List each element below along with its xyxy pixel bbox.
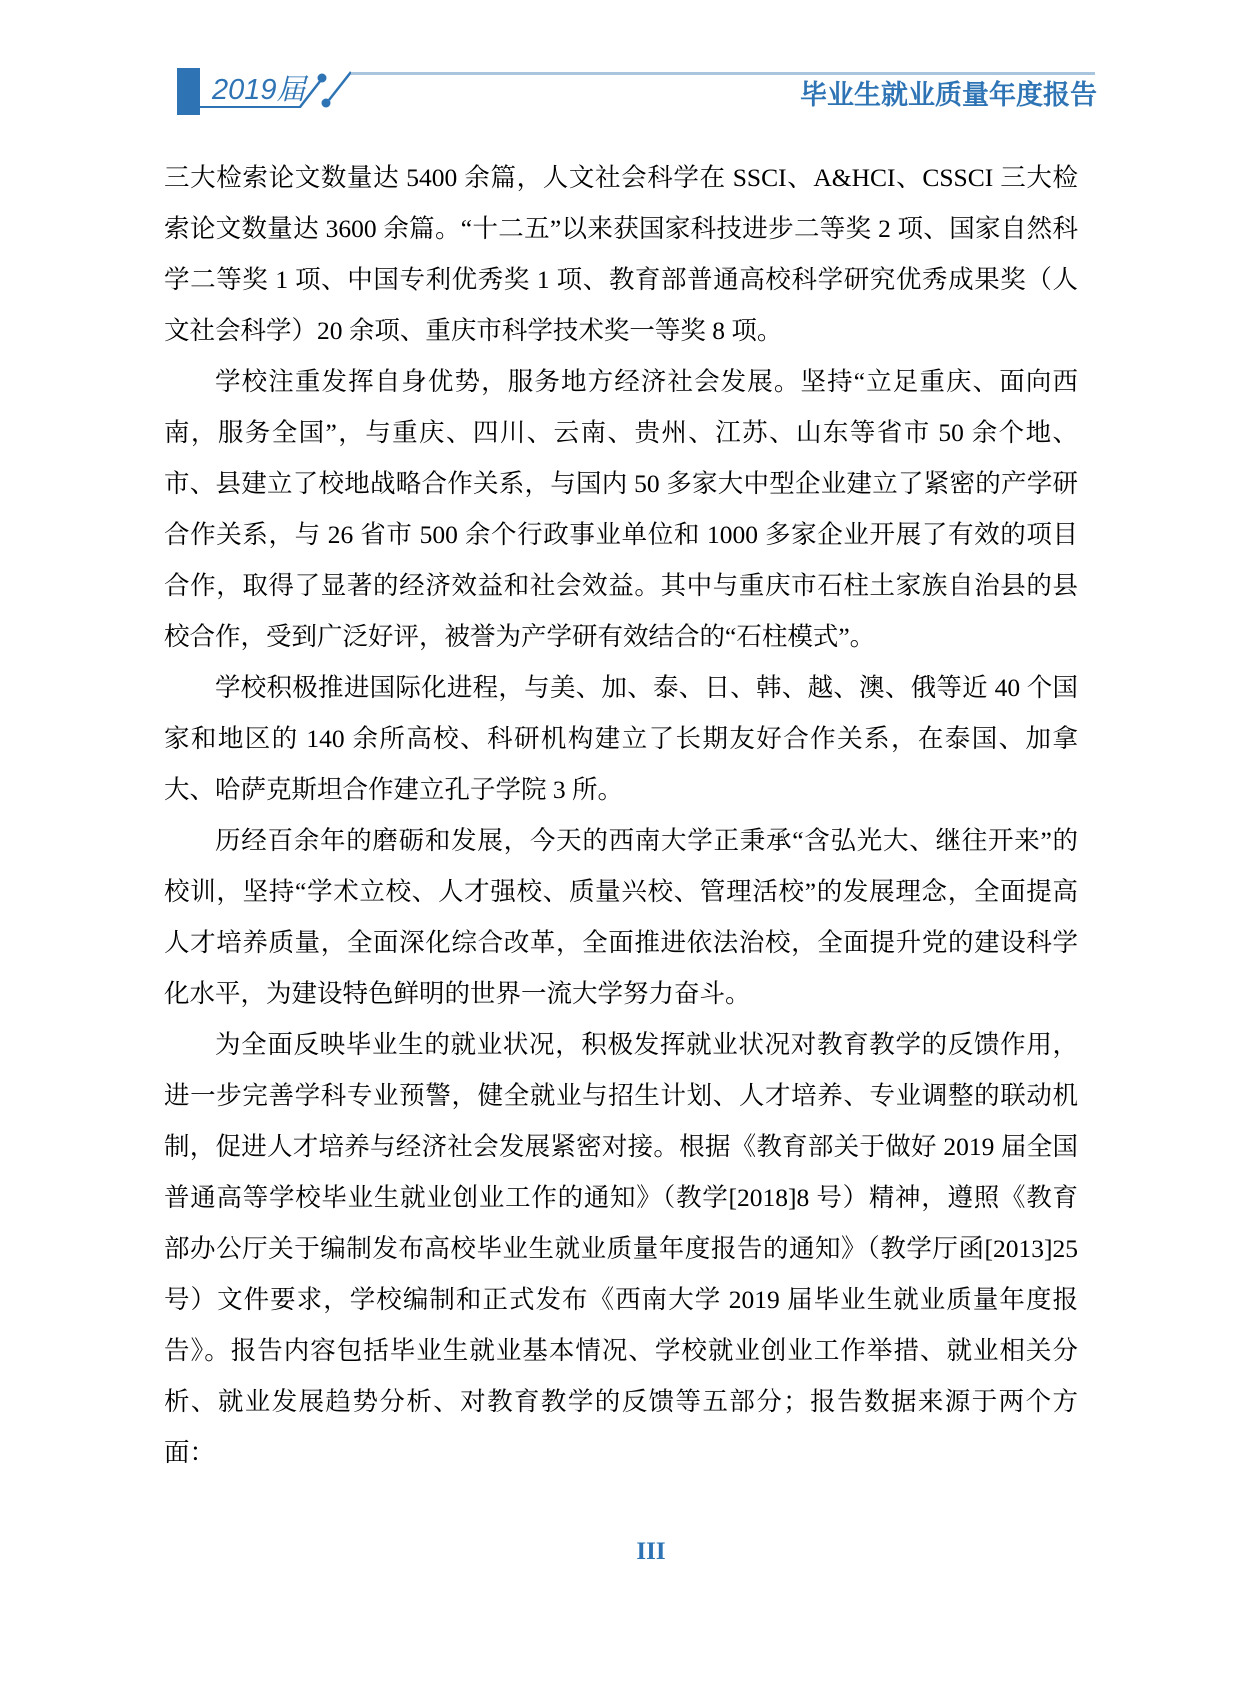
paragraph: 为全面反映毕业生的就业状况，积极发挥就业状况对教育教学的反馈作用，进一步完善学科… (164, 1019, 1078, 1478)
dot (318, 74, 327, 83)
paragraph: 三大检索论文数量达 5400 余篇，人文社会科学在 SSCI、A&HCI、CSS… (164, 152, 1078, 356)
slash-line (329, 72, 351, 100)
document-body: 三大检索论文数量达 5400 余篇，人文社会科学在 SSCI、A&HCI、CSS… (164, 152, 1078, 1478)
document-page: 2019届 毕业生就业质量年度报告 三大检索论文数量达 5400 余篇，人文社会… (0, 0, 1241, 1684)
header-year-label: 2019届 (212, 74, 306, 106)
header-report-title: 毕业生就业质量年度报告 (800, 80, 1097, 110)
header-rule-line (351, 72, 1095, 75)
paragraph: 学校积极推进国际化进程，与美、加、泰、日、韩、越、澳、俄等近 40 个国家和地区… (164, 662, 1078, 815)
header-accent-bar (177, 68, 200, 115)
page-number: III (0, 1538, 1241, 1566)
slash-line (300, 80, 321, 107)
paragraph: 学校注重发挥自身优势，服务地方经济社会发展。坚持“立足重庆、面向西南，服务全国”… (164, 356, 1078, 662)
header-slash-decoration (295, 64, 357, 112)
paragraph: 历经百余年的磨砺和发展，今天的西南大学正秉承“含弘光大、继往开来”的校训，坚持“… (164, 815, 1078, 1019)
header-underline (199, 106, 301, 108)
